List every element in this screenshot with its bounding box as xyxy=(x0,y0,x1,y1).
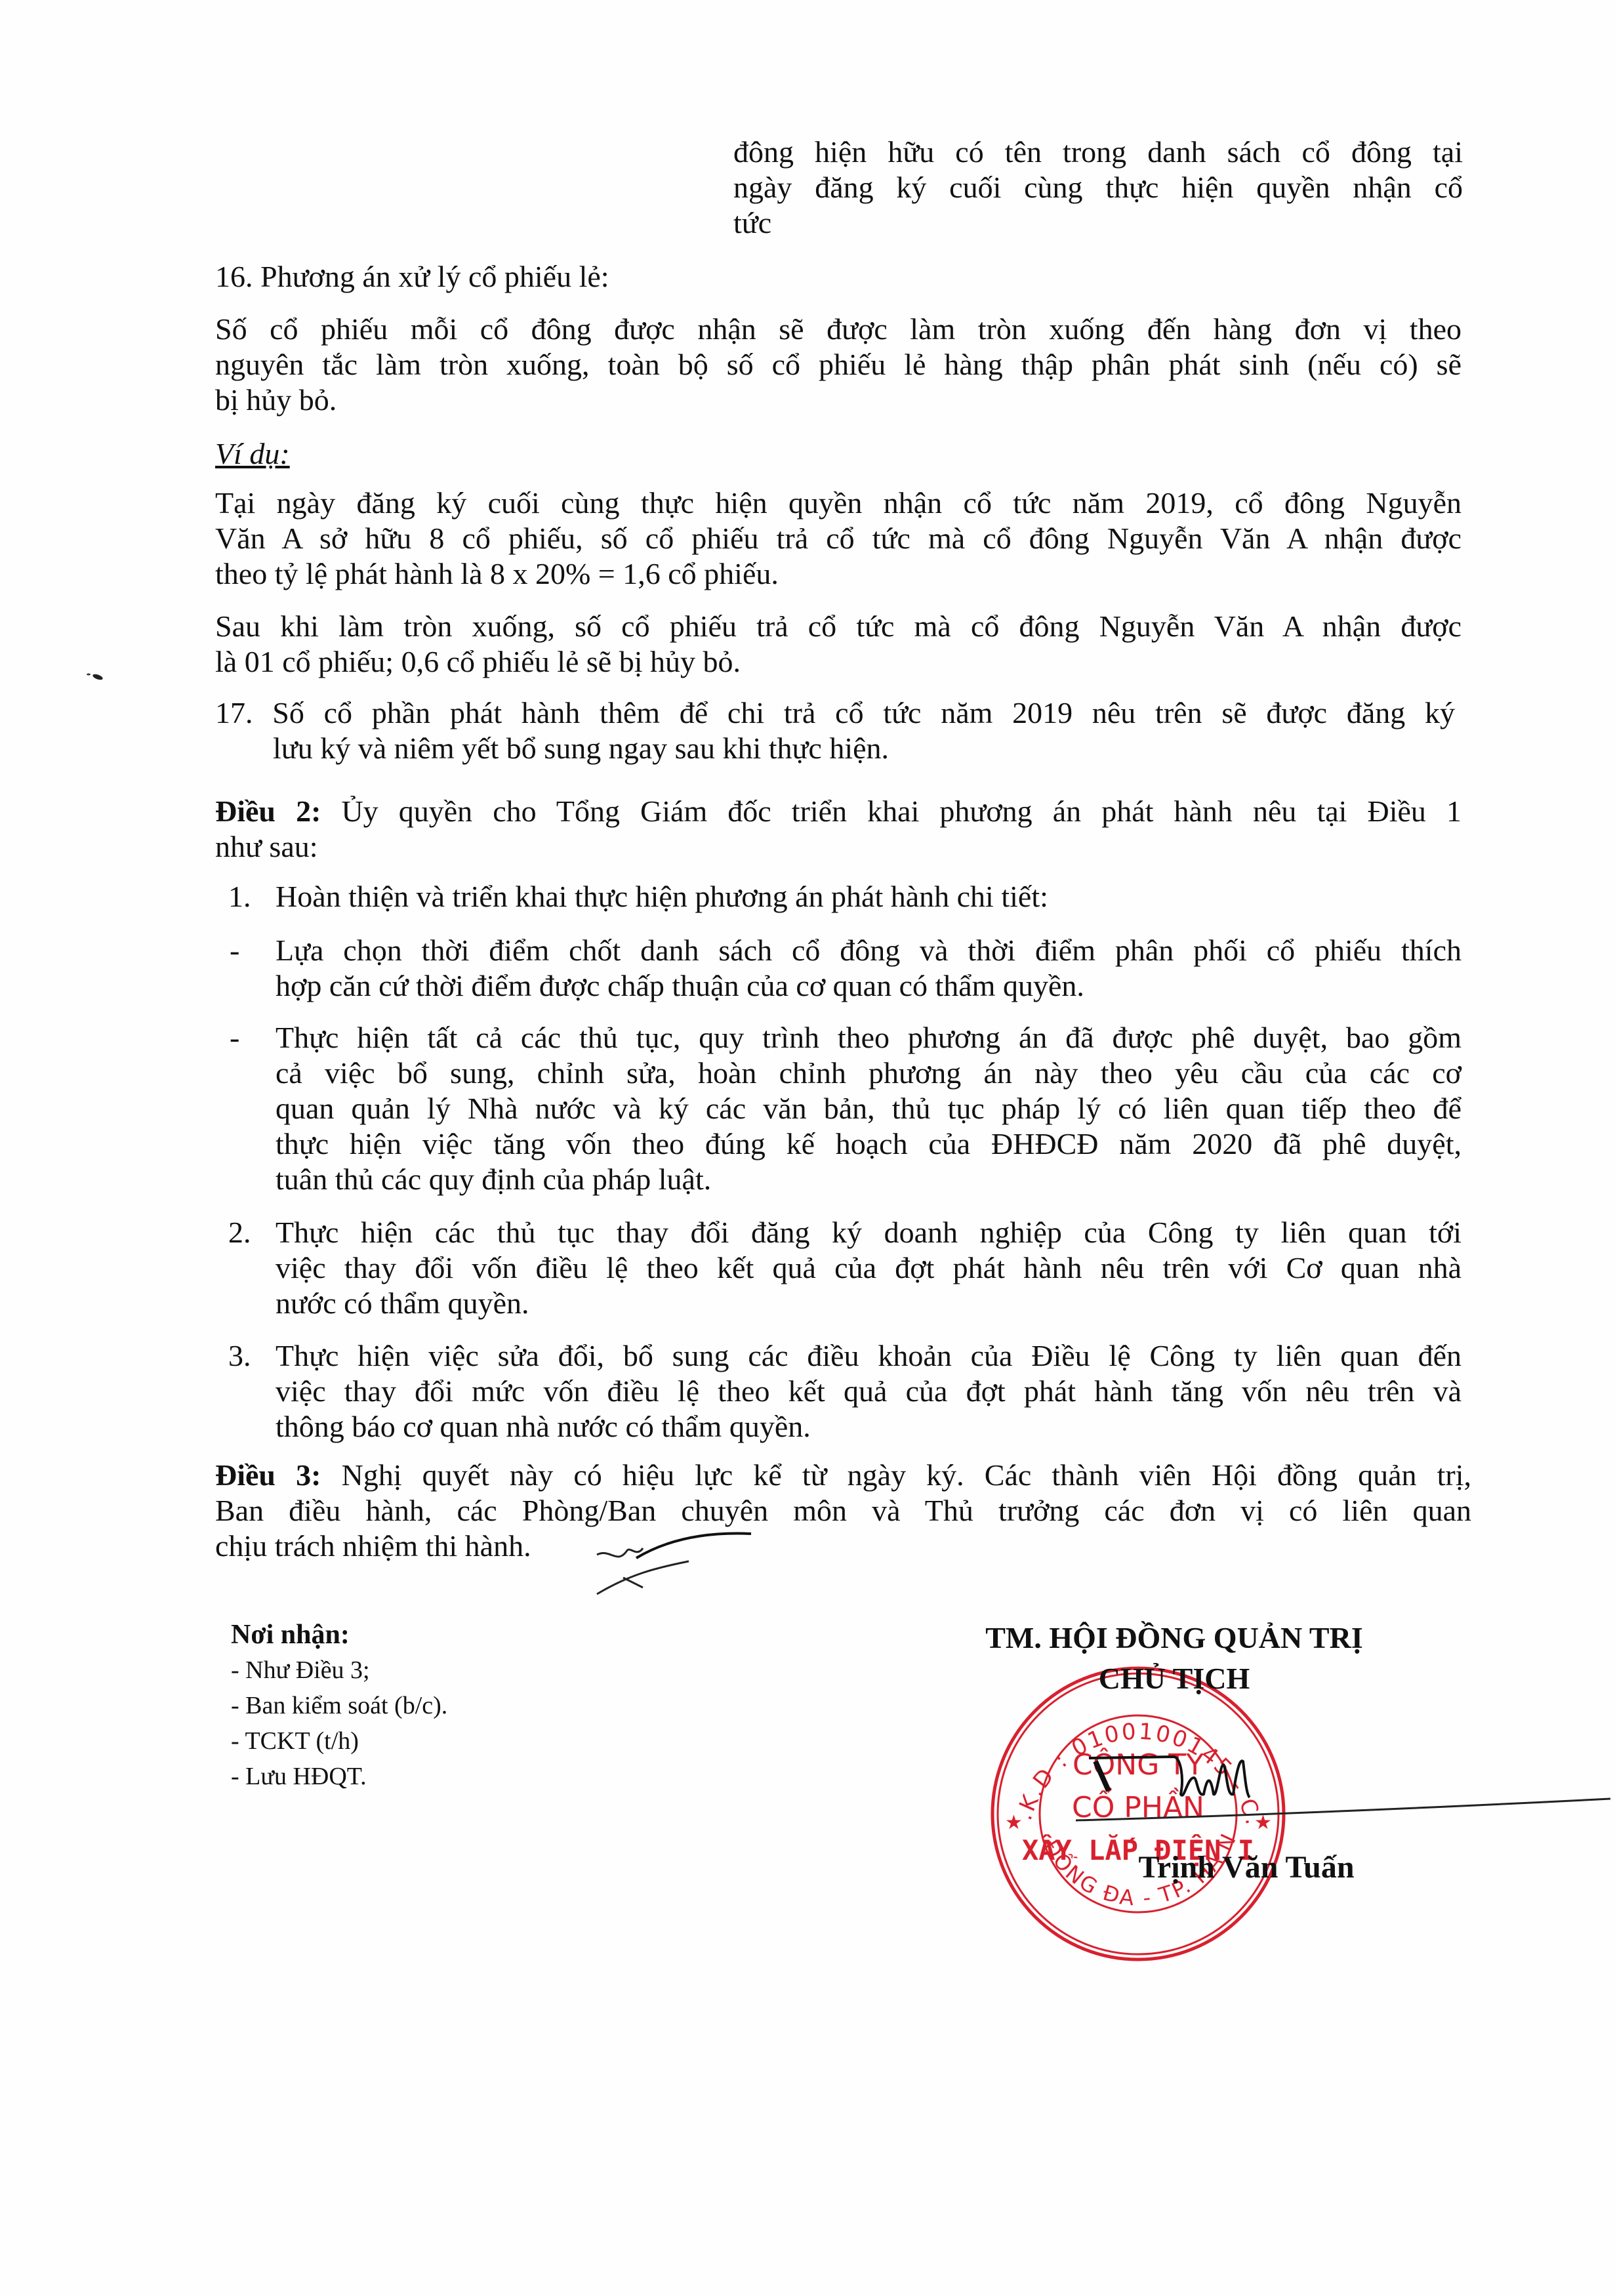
text-line: cả việc bổ sung, chỉnh sửa, hoàn chỉnh p… xyxy=(276,1056,1462,1091)
text-line: đông hiện hữu có tên trong danh sách cổ … xyxy=(733,134,1463,170)
text-line: nước có thẩm quyền. xyxy=(276,1286,1462,1321)
text-line: chịu trách nhiệm thi hành. xyxy=(215,1528,1471,1564)
text-line: nguyên tắc làm tròn xuống, toàn bộ số cổ… xyxy=(215,347,1462,382)
list-number: 2. xyxy=(228,1215,251,1250)
text-line: thực hiện việc tăng vốn theo đúng kế hoạ… xyxy=(276,1126,1462,1162)
signature-on-behalf: TM. HỘI ĐỒNG QUẢN TRỊ xyxy=(918,1619,1430,1657)
text-line: Sau khi làm tròn xuống, số cổ phiếu trả … xyxy=(215,609,1462,644)
document-page: đông hiện hữu có tên trong danh sách cổ … xyxy=(0,0,1615,2296)
text-line: Thực hiện các thủ tục thay đổi đăng ký d… xyxy=(276,1215,1462,1250)
text-line: thông báo cơ quan nhà nước có thẩm quyền… xyxy=(276,1409,1462,1445)
item-17: 17. Số cổ phần phát hành thêm để chi trả… xyxy=(215,695,1455,766)
continuation-text: đông hiện hữu có tên trong danh sách cổ … xyxy=(733,134,1463,241)
text-line: tức xyxy=(733,205,1463,241)
text-line: theo tỷ lệ phát hành là 8 x 20% = 1,6 cổ… xyxy=(215,556,1462,592)
bullet-item: Lựa chọn thời điểm chốt danh sách cổ đôn… xyxy=(276,933,1462,1004)
text-line: như sau: xyxy=(215,829,1462,865)
bullet-item: Thực hiện tất cả các thủ tục, quy trình … xyxy=(276,1020,1462,1197)
article-2-item-2: Thực hiện các thủ tục thay đổi đăng ký d… xyxy=(276,1215,1462,1321)
text-line: là 01 cổ phiếu; 0,6 cổ phiếu lẻ sẽ bị hủ… xyxy=(215,644,1462,680)
item-16-body: Số cổ phiếu mỗi cổ đông được nhận sẽ đượ… xyxy=(215,312,1462,418)
rounding-text: Sau khi làm tròn xuống, số cổ phiếu trả … xyxy=(215,609,1462,680)
recipients-title: Nơi nhận: xyxy=(231,1617,447,1652)
bullet-dash: - xyxy=(230,933,239,968)
scan-speck xyxy=(82,669,108,682)
article-2-item-1: Hoàn thiện và triển khai thực hiện phươn… xyxy=(276,879,1462,914)
article-2-label: Điều 2: xyxy=(215,794,321,828)
text-line: quan quản lý Nhà nước và ký các văn bản,… xyxy=(276,1091,1462,1126)
item-16-heading: 16. Phương án xử lý cổ phiếu lẻ: xyxy=(215,259,1462,295)
text-line: ngày đăng ký cuối cùng thực hiện quyền n… xyxy=(733,170,1463,205)
text-line: Lựa chọn thời điểm chốt danh sách cổ đôn… xyxy=(276,933,1462,968)
text-line: Thực hiện việc sửa đổi, bổ sung các điều… xyxy=(276,1338,1462,1374)
recipient-item: - Như Điều 3; xyxy=(231,1652,447,1688)
example-text: Tại ngày đăng ký cuối cùng thực hiện quy… xyxy=(215,485,1462,592)
recipients: Nơi nhận: - Như Điều 3; - Ban kiểm soát … xyxy=(231,1617,447,1794)
text-line: Ban điều hành, các Phòng/Ban chuyên môn … xyxy=(215,1493,1471,1528)
article-2: Điều 2: Ủy quyền cho Tổng Giám đốc triển… xyxy=(215,794,1462,865)
signer-name: Trịnh Văn Tuấn xyxy=(1050,1849,1443,1887)
text-line: Thực hiện tất cả các thủ tục, quy trình … xyxy=(276,1020,1462,1056)
example-label: Ví dụ: xyxy=(215,436,1462,472)
text-line: hợp căn cứ thời điểm được chấp thuận của… xyxy=(276,968,1462,1004)
recipient-item: - TCKT (t/h) xyxy=(231,1723,447,1759)
text-line: việc thay đổi vốn điều lệ theo kết quả c… xyxy=(276,1250,1462,1286)
text-line: bị hủy bỏ. xyxy=(215,382,1462,418)
bullet-dash: - xyxy=(230,1020,239,1056)
text-line: Số cổ phiếu mỗi cổ đông được nhận sẽ đượ… xyxy=(215,312,1462,347)
initials-signature xyxy=(590,1528,761,1601)
text-line: 17. Số cổ phần phát hành thêm để chi trả… xyxy=(215,695,1455,731)
list-number: 1. xyxy=(228,879,251,914)
recipient-item: - Lưu HĐQT. xyxy=(231,1759,447,1794)
text-line: việc thay đổi mức vốn điều lệ theo kết q… xyxy=(276,1374,1462,1409)
text-line: Tại ngày đăng ký cuối cùng thực hiện quy… xyxy=(215,485,1462,521)
svg-text:★: ★ xyxy=(1005,1811,1023,1834)
text-line: lưu ký và niêm yết bổ sung ngay sau khi … xyxy=(215,731,1455,766)
list-number: 3. xyxy=(228,1338,251,1374)
signature-position: CHỦ TỊCH xyxy=(918,1660,1430,1698)
article-3-label: Điều 3: xyxy=(215,1458,321,1492)
handwritten-signature xyxy=(1076,1738,1614,1830)
article-3: Điều 3: Nghị quyết này có hiệu lực kể từ… xyxy=(215,1458,1471,1564)
article-2-item-3: Thực hiện việc sửa đổi, bổ sung các điều… xyxy=(276,1338,1462,1445)
text-line: tuân thủ các quy định của pháp luật. xyxy=(276,1162,1462,1197)
text-line: Văn A sở hữu 8 cổ phiếu, số cổ phiếu trả… xyxy=(215,521,1462,556)
recipient-item: - Ban kiểm soát (b/c). xyxy=(231,1688,447,1723)
